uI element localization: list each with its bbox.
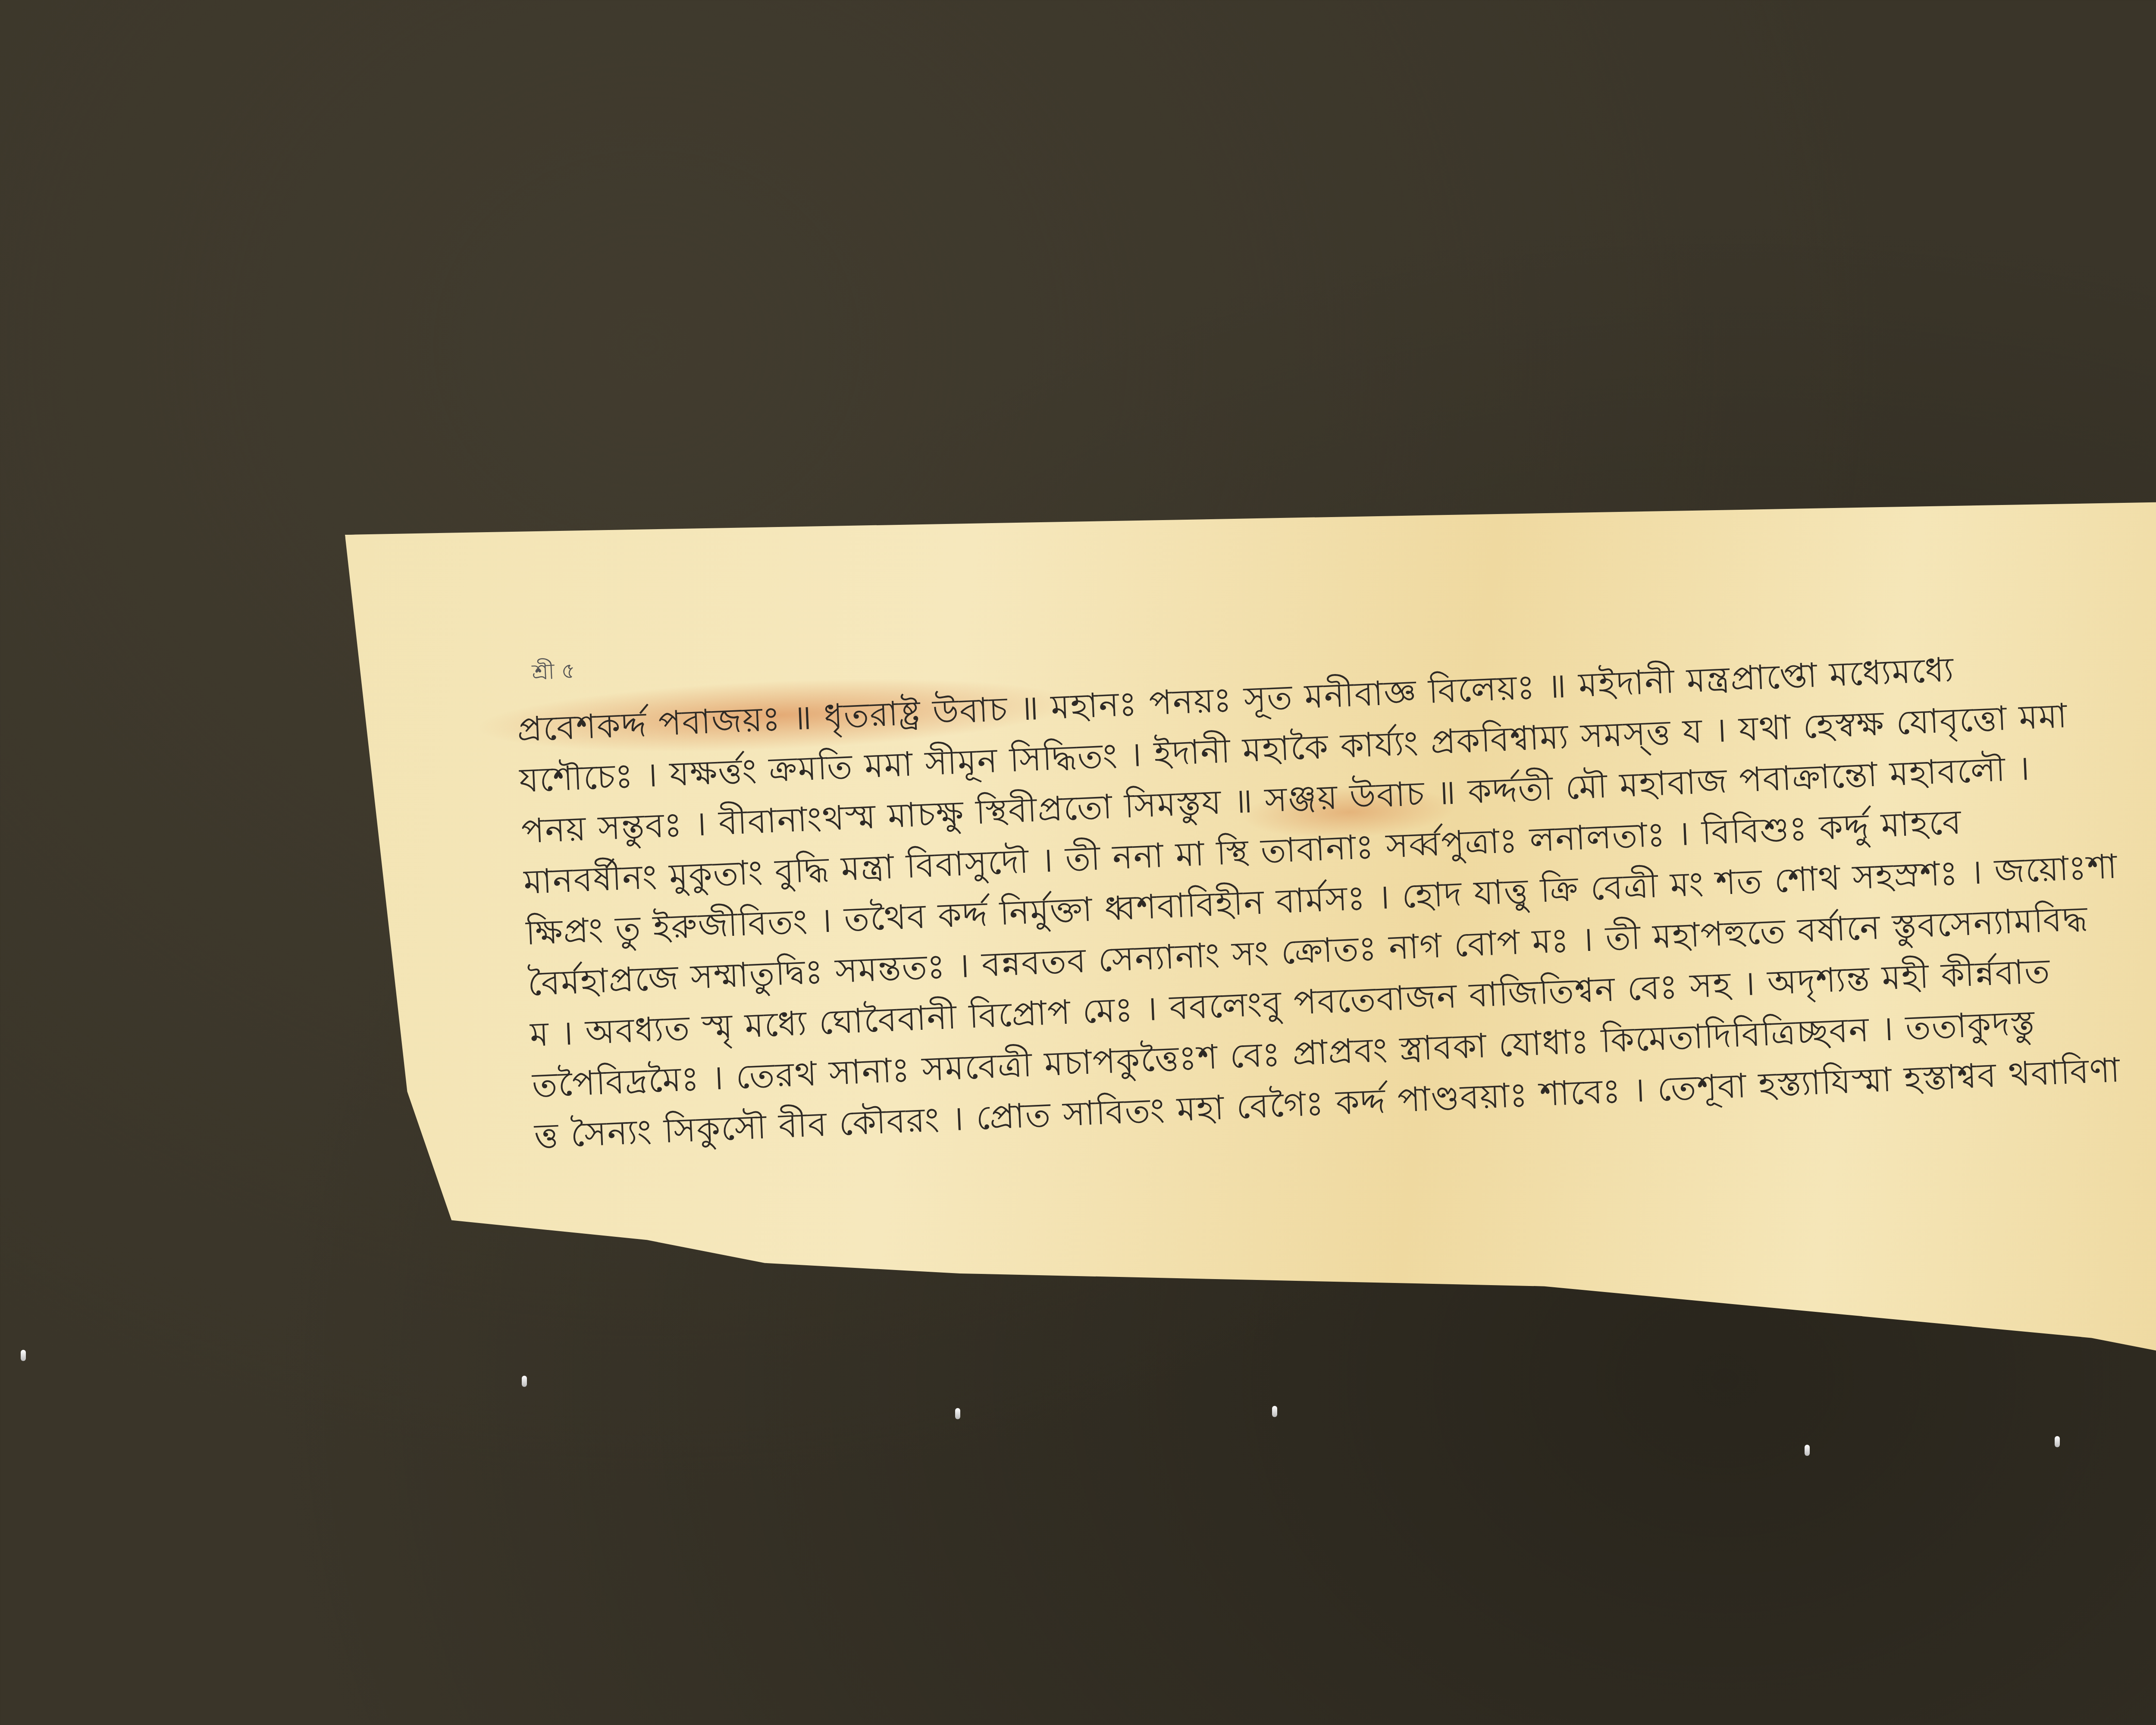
- manuscript-text: প্রবেশকর্দ্দ পবাজয়ঃ ॥ ধৃতরাষ্ট্র উবাচ ॥…: [516, 638, 2129, 1162]
- mounting-pin: [1805, 1445, 1810, 1456]
- mounting-pin: [21, 1350, 26, 1361]
- mounting-pin: [955, 1408, 960, 1419]
- mounting-pin: [522, 1376, 527, 1387]
- mounting-pin: [2055, 1436, 2060, 1447]
- mounting-pin: [1272, 1406, 1277, 1417]
- folio-marker: শ্রী ৫: [531, 655, 576, 692]
- manuscript-leaf: শ্রী ৫ প্রবেশকর্দ্দ পবাজয়ঃ ॥ ধৃতরাষ্ট্র…: [345, 453, 2156, 1465]
